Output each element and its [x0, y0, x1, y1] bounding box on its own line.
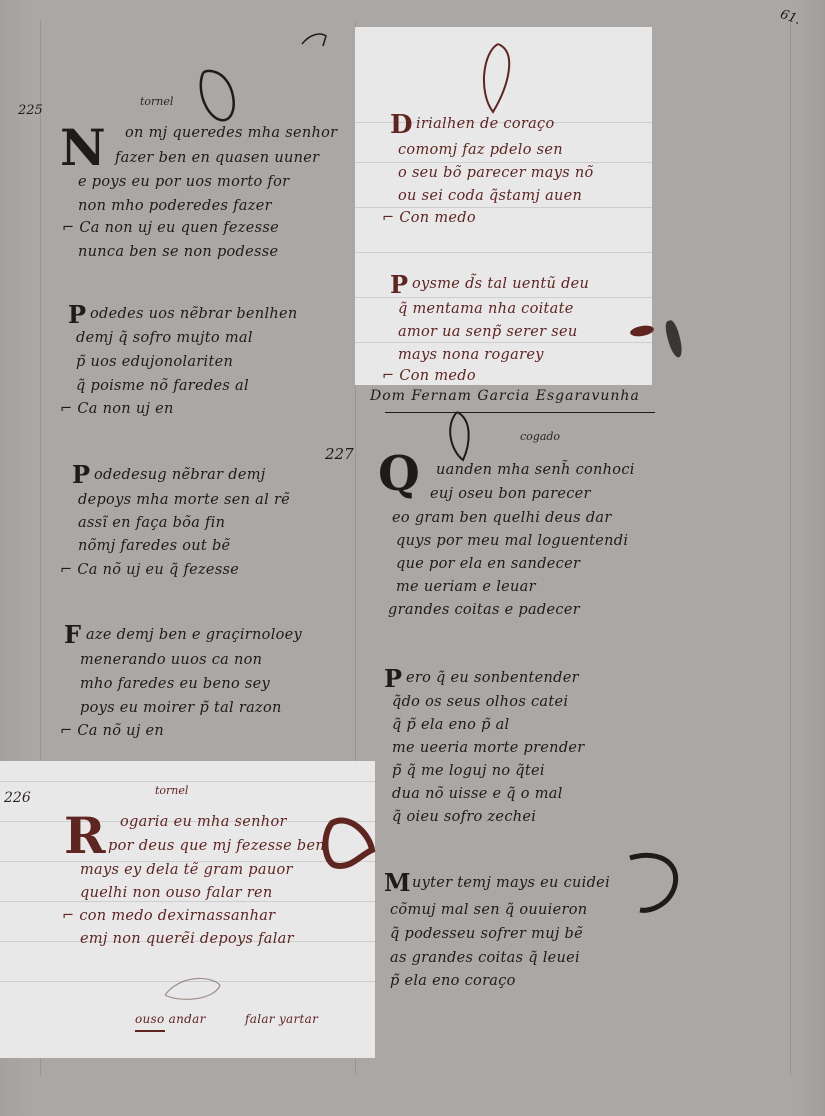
verse-line: que por ela en sandecer — [396, 556, 580, 572]
verse-line: q̃do os seus olhos catei — [392, 694, 568, 710]
refrain-line: ⌐ Con medo — [382, 368, 476, 384]
verse-line: amor ua senp̃ serer seu — [398, 324, 578, 340]
verse-line: p̃ q̃ me loguj no q̃tei — [392, 763, 545, 779]
verse-line: e poys eu por uos morto for — [78, 174, 289, 190]
verse-line: p̃ uos edujonolariten — [76, 354, 233, 370]
verse-line: ou sei coda q̃stamj auen — [398, 188, 582, 204]
verse-line: odedesug nẽbrar demj — [94, 467, 266, 483]
initial-R: R — [64, 806, 106, 865]
pen-stroke-icon — [300, 30, 330, 50]
verse-line: fazer ben en quasen uuner — [115, 150, 319, 166]
refrain-line: ⌐ Ca non uj eu quen fezesse — [62, 220, 279, 236]
correction-note: falar yartar — [245, 1012, 318, 1026]
marginal-note-tornel: tornel — [155, 784, 188, 797]
refrain-line: nunca ben se non podesse — [78, 244, 278, 260]
initial-Q: Q — [378, 446, 420, 502]
verse-line: o seu bõ parecer mays nõ — [398, 165, 594, 181]
verse-line: menerando uuos ca non — [80, 652, 262, 668]
initial-D: D — [390, 110, 413, 140]
verse-line: comomj faz pdelo sen — [398, 142, 563, 158]
verse-line: ero q̃ eu sonbentender — [406, 670, 579, 686]
verse-line: por deus que mj fezesse ben — [108, 838, 325, 854]
ink-mark — [663, 319, 684, 359]
initial-P: P — [384, 664, 402, 693]
verse-line: cõmuj mal sen q̃ ouuieron — [390, 902, 587, 918]
rubric-rule — [385, 412, 655, 413]
initial-M: M — [384, 868, 411, 897]
verse-line: dua nõ uisse e q̃ o mal — [392, 786, 563, 802]
verse-line: ogaria eu mha senhor — [120, 814, 287, 830]
verse-line: euj oseu bon parecer — [430, 486, 591, 502]
flourish-loop-icon — [625, 850, 685, 920]
refrain-line: emj non querẽi depoys falar — [80, 931, 294, 947]
verse-line: nõmj faredes out bẽ — [78, 538, 230, 554]
initial-P: P — [72, 460, 90, 489]
verse-line: quys por meu mal loguentendi — [396, 533, 628, 549]
verse-line: aze demj ben e graçirnoloey — [86, 627, 302, 643]
verse-line: q̃ mentama nha coitate — [398, 301, 574, 317]
verse-line: q̃ p̃ ela eno p̃ al — [392, 717, 510, 733]
poem-number-227: 227 — [325, 445, 354, 463]
verse-line: mays nona rogarey — [398, 347, 544, 363]
verse-line: as grandes coitas q̃ leuei — [390, 950, 580, 966]
verse-line: non mho poderedes fazer — [78, 198, 272, 214]
refrain-line: ⌐ Ca nõ uj en — [60, 723, 164, 739]
verse-line: oysme d̃s tal uentũ deu — [412, 276, 589, 292]
verse-line: odedes uos nẽbrar benlhen — [90, 306, 298, 322]
verse-line: grandes coitas e padecer — [388, 602, 580, 618]
refrain-line: ⌐ Ca non uj en — [60, 401, 174, 417]
margin-rule — [790, 20, 791, 1076]
initial-N: N — [60, 118, 106, 177]
marginal-note-cogado: cogado — [520, 430, 560, 443]
flourish-loop-icon — [445, 410, 485, 465]
verse-line: depoys mha morte sen al rẽ — [78, 492, 290, 508]
verse-line: irialhen de coraço — [416, 116, 555, 132]
verse-line: mays ey dela tẽ gram pauor — [80, 862, 293, 878]
poem-number-225: 225 — [18, 103, 43, 118]
verse-line: eo gram ben quelhi deus dar — [392, 510, 612, 526]
correction-underline — [135, 1030, 165, 1032]
faint-loop-icon — [160, 975, 230, 1005]
verse-line: me ueeria morte prender — [392, 740, 585, 756]
verse-line: poys eu moirer p̃ tal razon — [80, 700, 282, 716]
verse-line: uyter temj mays eu cuidei — [412, 875, 610, 891]
verse-line: mho faredes eu beno sey — [80, 676, 270, 692]
initial-P: P — [68, 300, 86, 329]
verse-line: q̃ podesseu sofrer muj bẽ — [390, 926, 583, 942]
refrain-line: ⌐ Ca nõ uj eu q̃ fezesse — [60, 562, 239, 578]
verse-line: q̃ oieu sofro zechei — [392, 809, 536, 825]
initial-P: P — [390, 270, 408, 299]
correction-note: ouso andar — [135, 1012, 206, 1026]
author-rubric: Dom Fernam Garcia Esgaravunha — [370, 388, 640, 404]
verse-line: on mj queredes mha senhor — [125, 125, 337, 141]
verse-line: q̃ poisme nõ faredes al — [76, 378, 249, 394]
verse-line: demj q̃ sofro mujto mal — [76, 330, 253, 346]
red-flourish-icon — [320, 815, 380, 875]
flourish-loop-icon — [195, 68, 245, 128]
verse-line: quelhi non ouso falar ren — [80, 885, 272, 901]
manuscript-page: 61. 225 tornel N on mj queredes mha senh… — [0, 0, 825, 1116]
verse-line: uanden mha senh̃ conhoci — [436, 462, 635, 478]
refrain-line: ⌐ con medo dexirnassanhar — [62, 908, 275, 924]
initial-F: F — [64, 620, 81, 649]
marginal-note-tornel: tornel — [140, 95, 173, 108]
red-loop-flourish-icon — [478, 42, 528, 122]
poem-number-226: 226 — [4, 790, 31, 806]
verse-line: p̃ ela eno coraço — [390, 973, 516, 989]
verse-line: assĩ en faça bõa fin — [78, 515, 225, 531]
folio-number: 61. — [778, 7, 803, 28]
refrain-line: ⌐ Con medo — [382, 210, 476, 226]
verse-line: me ueriam e leuar — [396, 579, 536, 595]
